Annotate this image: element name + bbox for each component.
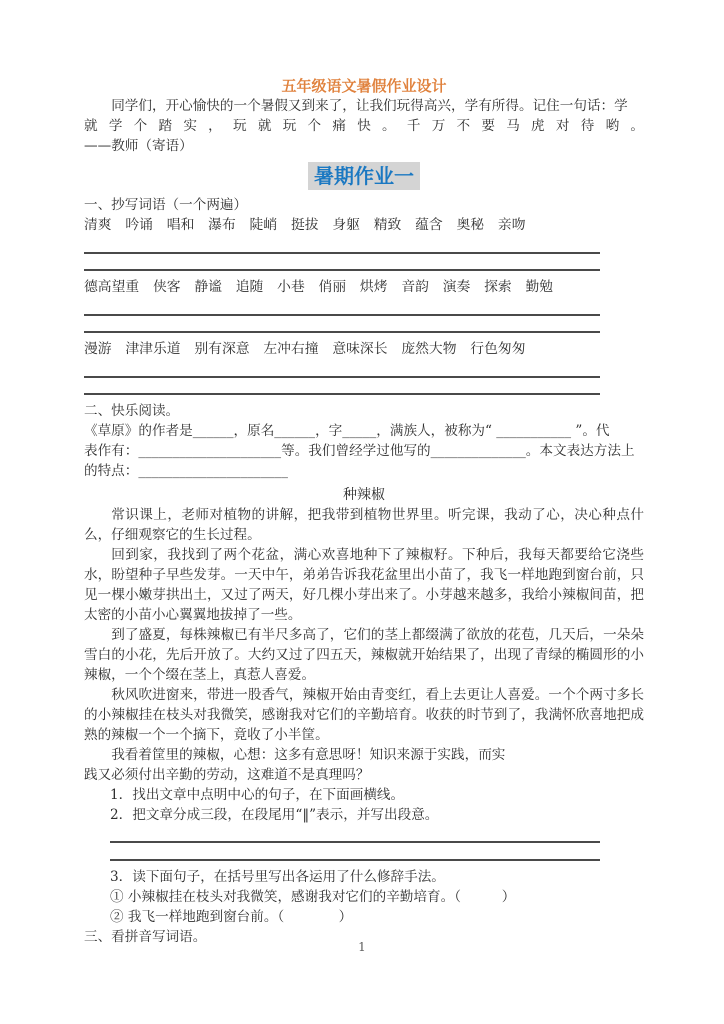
copy-answer-line — [84, 314, 600, 316]
assignment-title-row: 暑期作业一 — [84, 162, 644, 190]
essay-closing-line-2: 践又必须付出辛勤的劳动，这难道不是真理吗？ — [84, 765, 644, 785]
word-row-1: 清爽 吟诵 唱和 瀑布 陡峭 挺拔 身躯 精致 蕴含 奥秘 亲吻 — [84, 215, 644, 235]
answer-line — [110, 841, 600, 843]
question-3-item-2: ② 我飞一样地跑到窗台前。（ ） — [110, 907, 644, 927]
copy-answer-line — [84, 376, 600, 378]
section-2-heading: 二、快乐阅读。 — [84, 401, 644, 421]
assignment-title: 暑期作业一 — [308, 162, 420, 190]
essay-paragraph-4: 秋风吹进窗来，带进一股香气，辣椒开始由青变红，看上去更让人喜爱。一个个两寸多长的… — [84, 685, 644, 745]
fill-in-line-1: 《草原》的作者是______，原名______，字_____，满族人，被称为“ … — [84, 421, 644, 441]
answer-line — [110, 859, 600, 861]
copy-answer-line — [84, 252, 600, 254]
section-1-heading: 一、抄写词语（一个两遍） — [84, 195, 644, 215]
copy-answer-line — [84, 393, 600, 395]
copy-answer-line — [84, 331, 600, 333]
question-2: 2．把文章分成三段，在段尾用“‖”表示，并写出段意。 — [110, 805, 644, 825]
teacher-greeting-line-1: 同学们，开心愉快的一个暑假又到来了，让我们玩得高兴，学有所得。记住一句话：学 — [84, 96, 644, 116]
essay-paragraph-2: 回到家，我找到了两个花盆，满心欢喜地种下了辣椒籽。下种后，我每天都要给它浇些水，… — [84, 545, 644, 625]
teacher-greeting-line-2: 就学个踏实，玩就玩个痛快。千万不要马虎对待哟。 — [84, 116, 644, 136]
essay-paragraph-1: 常识课上，老师对植物的讲解，把我带到植物世界里。听完课，我动了心，决心种点什么，… — [84, 505, 644, 545]
document-title: 五年级语文暑假作业设计 — [84, 76, 644, 96]
fill-in-line-3: 的特点：______________________ — [84, 461, 644, 481]
question-3: 3．读下面句子，在括号里写出各运用了什么修辞手法。 — [110, 867, 644, 887]
worksheet-page: 五年级语文暑假作业设计 同学们，开心愉快的一个暑假又到来了，让我们玩得高兴，学有… — [0, 0, 724, 1024]
word-row-2: 德高望重 侠客 静谧 追随 小巷 俏丽 烘烤 音韵 演奏 探索 勤勉 — [84, 277, 644, 297]
page-number: 1 — [0, 940, 724, 954]
essay-title: 种辣椒 — [84, 485, 644, 505]
essay-paragraph-3: 到了盛夏，每株辣椒已有半尺多高了，它们的茎上都缀满了欲放的花苞，几天后，一朵朵雪… — [84, 625, 644, 685]
fill-in-line-2: 表作有：_____________________等。我们曾经学过他写的____… — [84, 441, 644, 461]
essay-closing-line-1: 我看着筐里的辣椒，心想：这多有意思呀！知识来源于实践，而实 — [84, 745, 644, 765]
teacher-greeting-signature: ——教师（寄语） — [84, 136, 644, 156]
question-1: 1．找出文章中点明中心的句子，在下面画横线。 — [110, 785, 644, 805]
word-row-3: 漫游 津津乐道 别有深意 左冲右撞 意味深长 庞然大物 行色匆匆 — [84, 339, 644, 359]
question-3-item-1: ① 小辣椒挂在枝头对我微笑，感谢我对它们的辛勤培育。（ ） — [110, 887, 644, 907]
copy-answer-line — [84, 269, 600, 271]
